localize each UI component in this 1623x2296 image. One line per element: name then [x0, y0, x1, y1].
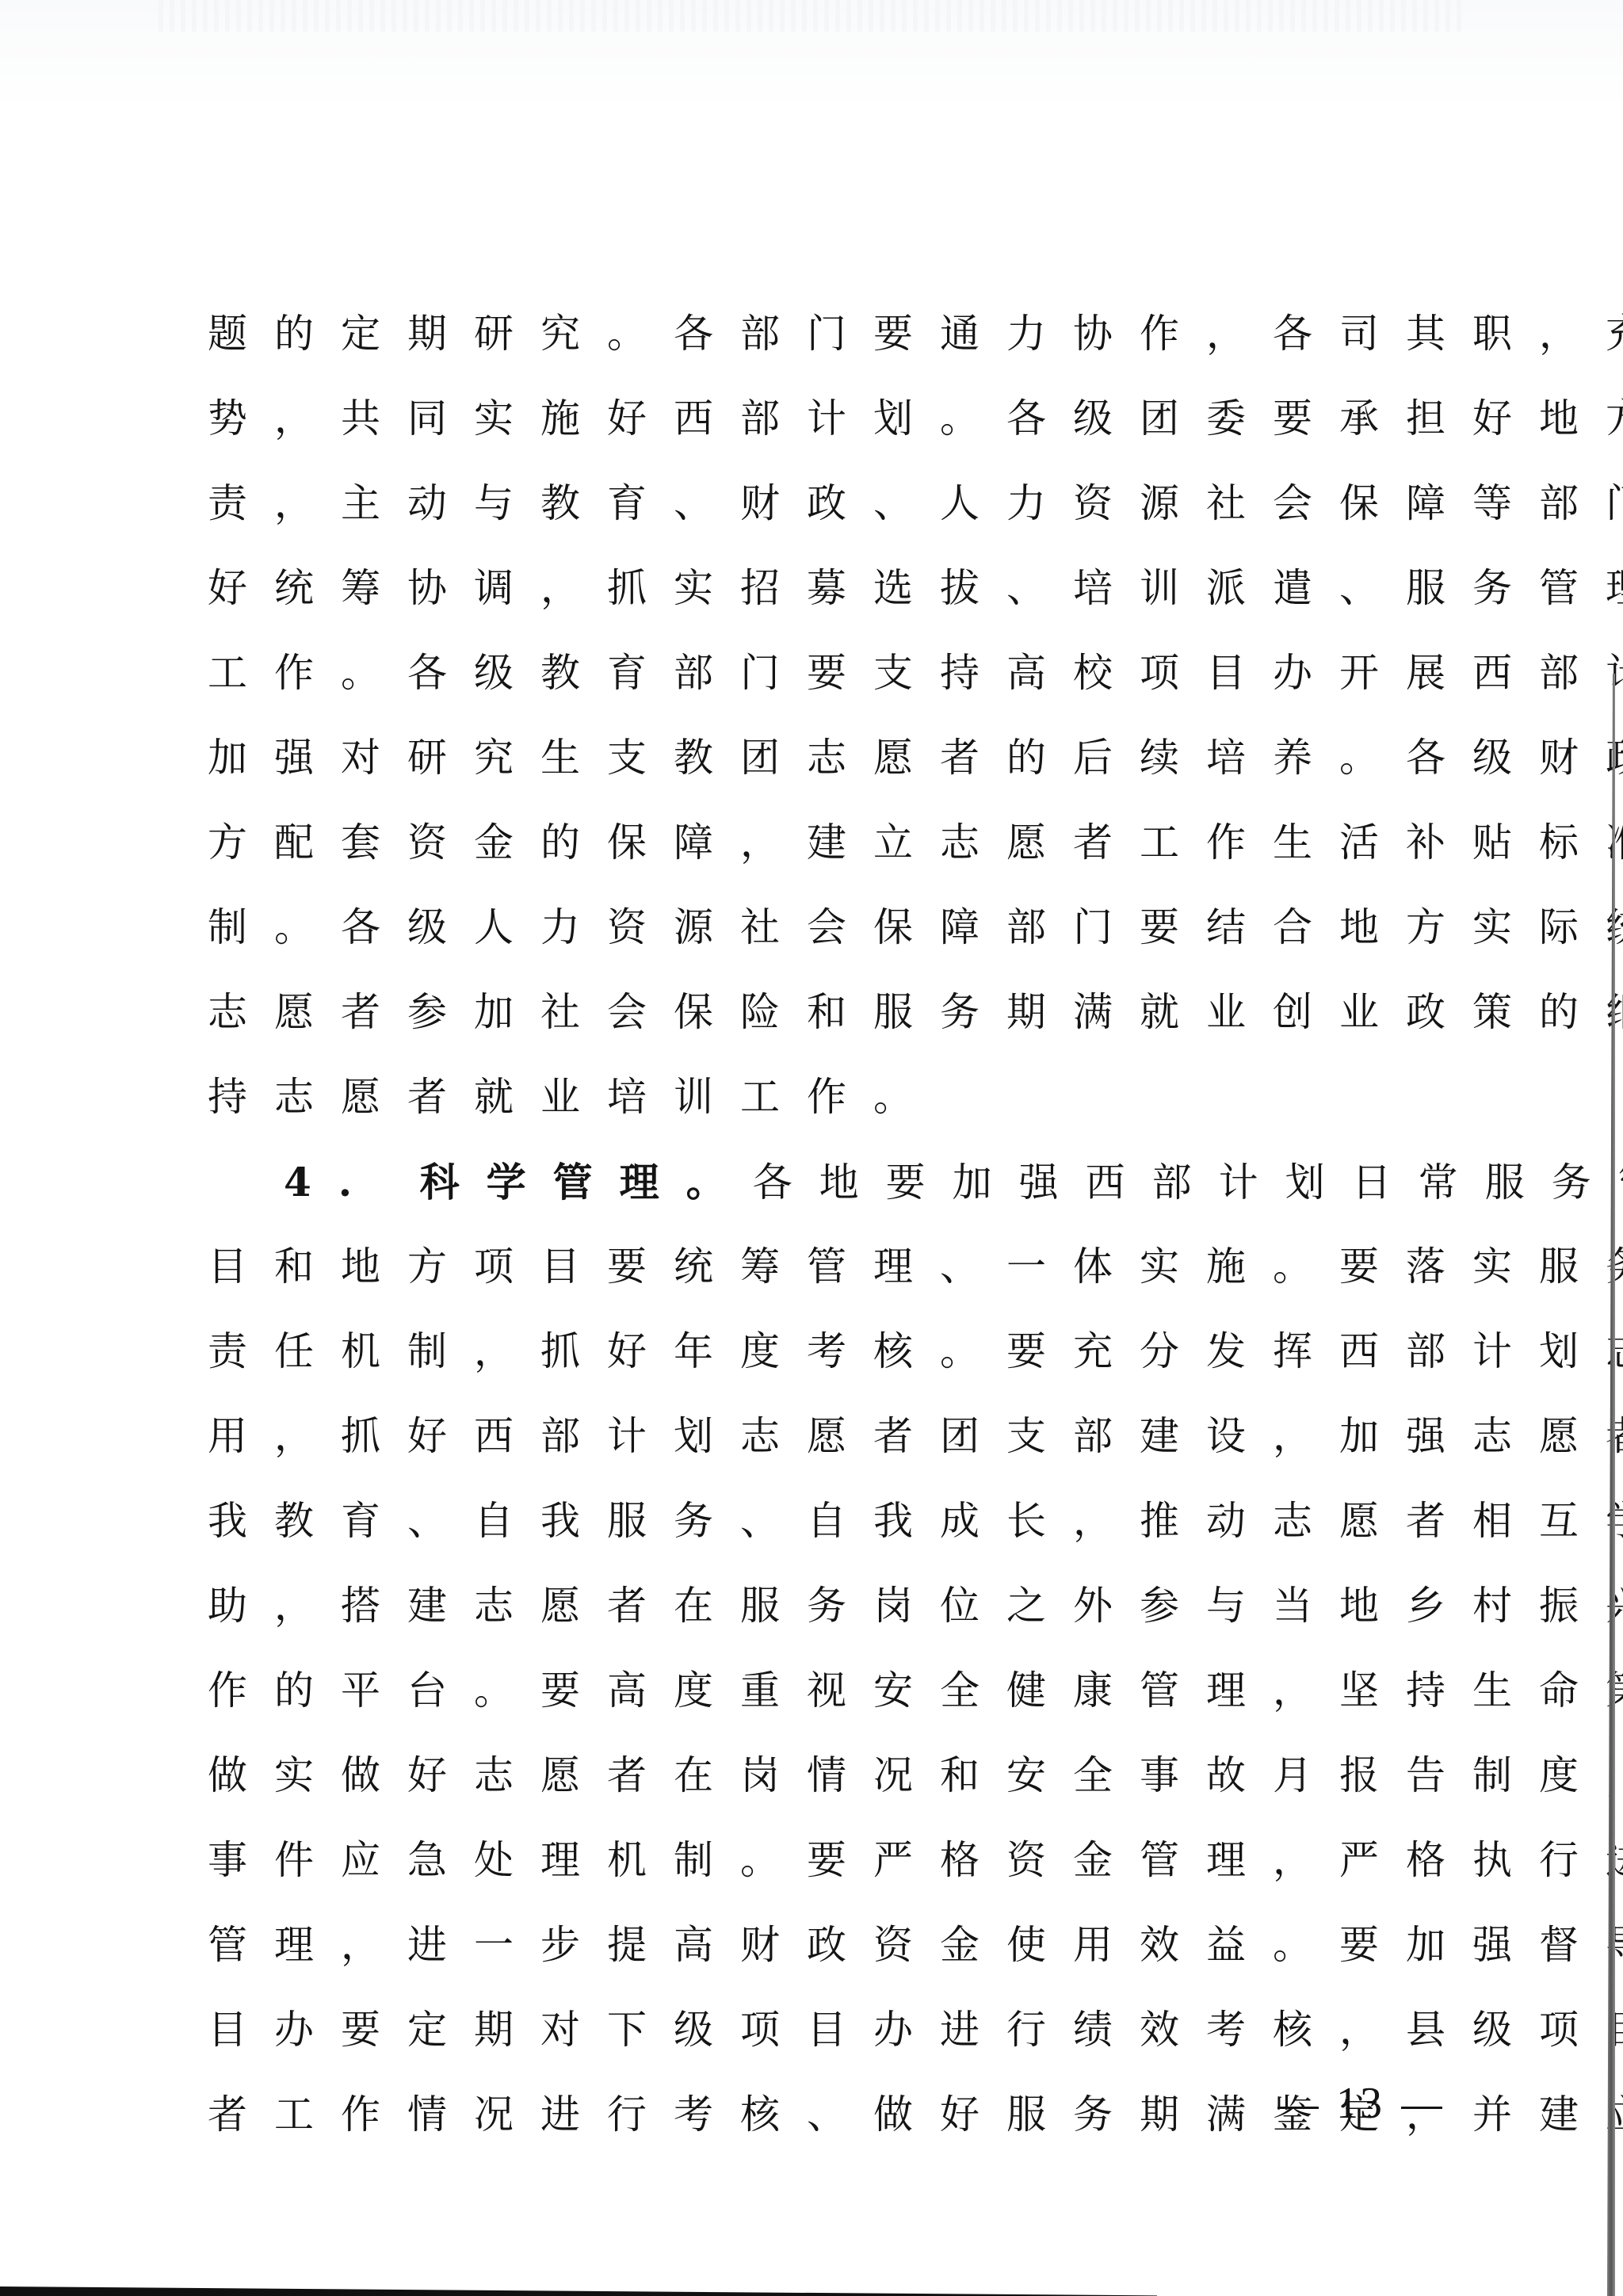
document-page: 题的定期研究。各部门要通力协作，各司其职，充分发挥职能优 势，共同实施好西部计划…	[0, 0, 1623, 2296]
text-line: 目和地方项目要统筹管理、一体实施。要落实服务单位日常管理	[208, 1224, 1412, 1309]
page-number: 13	[1260, 2078, 1460, 2129]
text-line: 势，共同实施好西部计划。各级团委要承担好地方项目办的职	[208, 376, 1412, 461]
text-line: 作的平台。要高度重视安全健康管理，坚持生命第一安全第一，	[208, 1648, 1412, 1733]
text-line: 工作。各级教育部门要支持高校项目办开展西部计划招募工作，	[208, 631, 1412, 716]
page-number-dash-left	[1277, 2107, 1319, 2109]
text-line: 者工作情况进行考核、做好服务期满鉴定，并建立健全激励约束	[208, 2073, 1412, 2157]
text-line: 制。各级人力资源社会保障部门要结合地方实际统筹考虑，推动	[208, 885, 1412, 970]
text-line: 责任机制，抓好年度考核。要充分发挥西部计划志愿者团支部作	[208, 1309, 1412, 1394]
scan-bleed-through	[158, 0, 1466, 32]
section-heading: 4. 科学管理。	[284, 1159, 753, 1205]
text-line: 加强对研究生支教团志愿者的后续培养。各级财政部门要做好地	[208, 716, 1412, 800]
text-line: 责，主动与教育、财政、人力资源社会保障等部门加强沟通，做	[208, 461, 1412, 546]
body-text: 题的定期研究。各部门要通力协作，各司其职，充分发挥职能优 势，共同实施好西部计划…	[208, 292, 1412, 2157]
section-4-first-line: 4. 科学管理。各地要加强西部计划日常服务管理，全国项	[208, 1140, 1412, 1224]
text-line: 我教育、自我服务、自我成长，推动志愿者相互学习、相互帮	[208, 1479, 1412, 1564]
text-line: 志愿者参加社会保险和服务期满就业创业政策的细化和落实，支	[208, 970, 1412, 1055]
page-number-dash-right	[1401, 2107, 1442, 2109]
scan-edge-bottom	[0, 2286, 1157, 2296]
text-line: 目办要定期对下级项目办进行绩效考核，县级项目办定期对志愿	[208, 1988, 1412, 2073]
page-number-value: 13	[1336, 2079, 1384, 2128]
section-4-text: 各地要加强西部计划日常服务管理，全国项	[753, 1159, 1623, 1205]
text-line: 好统筹协调，抓实招募选拔、培训派遣、服务管理、考核激励等	[208, 546, 1412, 631]
text-line: 用，抓好西部计划志愿者团支部建设，加强志愿者自我管理、自	[208, 1394, 1412, 1479]
text-line: 做实做好志愿者在岗情况和安全事故月报告制度，建立健全突发	[208, 1733, 1412, 1818]
text-line: 题的定期研究。各部门要通力协作，各司其职，充分发挥职能优	[208, 292, 1412, 376]
text-line: 持志愿者就业培训工作。	[208, 1055, 1412, 1140]
text-line: 管理，进一步提高财政资金使用效益。要加强督导考核，上级项	[208, 1903, 1412, 1988]
text-line: 方配套资金的保障，建立志愿者工作生活补贴标准动态调整机	[208, 800, 1412, 885]
text-line: 事件应急处理机制。要严格资金管理，严格执行进度，加强绩效	[208, 1818, 1412, 1903]
text-line: 助，搭建志愿者在服务岗位之外参与当地乡村振兴工作和青年工	[208, 1564, 1412, 1648]
